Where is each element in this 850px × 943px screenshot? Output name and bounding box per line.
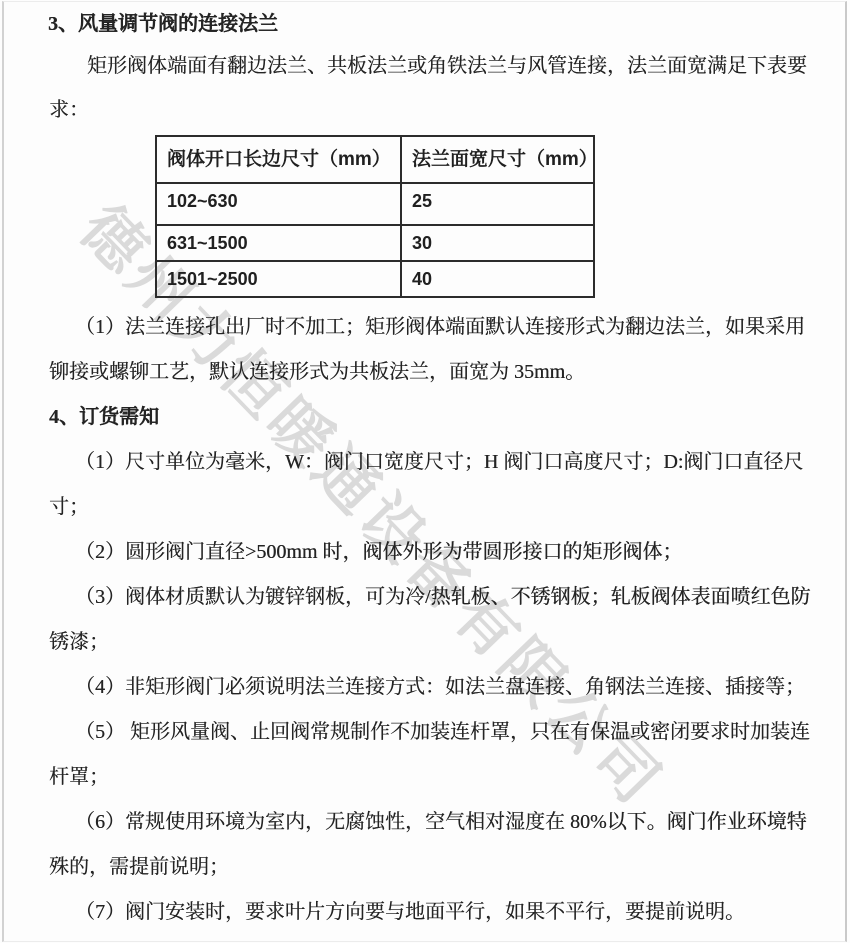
order-note-5-line2: 杆罩；: [49, 763, 109, 791]
order-note-2: （2）圆形阀门直径>500mm 时，阀体外形为带圆形接口的矩形阀体；: [75, 538, 682, 566]
order-note-5-line1: （5） 矩形风量阀、止回阀常规制作不加装连杆罩，只在有保温或密闭要求时加装连: [75, 718, 810, 746]
table-row: 1501~2500 40: [156, 261, 594, 297]
opening-size-value: 631~1500: [156, 225, 401, 261]
table-row: 631~1500 30: [156, 225, 594, 261]
document-page: 德州力恒暖通设备有限公司 3、风量调节阀的连接法兰 矩形阀体端面有翻边法兰、共板…: [0, 0, 850, 943]
section3-intro-line2: 求：: [49, 96, 89, 124]
order-note-1-line2: 寸；: [49, 493, 89, 521]
order-note-3-line2: 锈漆；: [49, 628, 109, 656]
section4-heading: 4、订货需知: [49, 403, 159, 431]
order-note-1-line1: （1）尺寸单位为毫米，W：阀门口宽度尺寸；H 阀门口高度尺寸；D:阀门口直径尺: [75, 448, 803, 476]
order-note-6-line2: 殊的，需提前说明；: [49, 853, 229, 881]
flange-width-value: 25: [401, 183, 594, 225]
opening-size-value: 1501~2500: [156, 261, 401, 297]
order-note-4: （4）非矩形阀门必须说明法兰连接方式：如法兰盘连接、角钢法兰连接、插接等；: [75, 673, 805, 701]
order-note-7: （7）阀门安装时，要求叶片方向要与地面平行，如果不平行，要提前说明。: [75, 898, 745, 926]
flange-width-value: 40: [401, 261, 594, 297]
table-row: 102~630 25: [156, 183, 594, 225]
section3-intro-line1: 矩形阀体端面有翻边法兰、共板法兰或角铁法兰与风管连接，法兰面宽满足下表要: [87, 52, 807, 80]
order-note-6-line1: （6）常规使用环境为室内，无腐蚀性，空气相对湿度在 80%以下。阀门作业环境特: [75, 808, 807, 836]
order-note-3-line1: （3）阀体材质默认为镀锌钢板，可为冷/热轧板、不锈钢板；轧板阀体表面喷红色防: [75, 583, 811, 611]
section3-note-line2: 铆接或螺铆工艺，默认连接形式为共板法兰，面宽为 35mm。: [49, 358, 585, 386]
flange-spec-table: 阀体开口长边尺寸（mm） 法兰面宽尺寸（mm） 102~630 25 631~1…: [155, 135, 595, 298]
col-header-flange-width: 法兰面宽尺寸（mm）: [401, 136, 594, 183]
col-header-opening-size: 阀体开口长边尺寸（mm）: [156, 136, 401, 183]
section3-note-line1: （1）法兰连接孔出厂时不加工；矩形阀体端面默认连接形式为翻边法兰，如果采用: [75, 313, 805, 341]
flange-width-value: 30: [401, 225, 594, 261]
opening-size-value: 102~630: [156, 183, 401, 225]
section3-heading: 3、风量调节阀的连接法兰: [48, 10, 278, 38]
table-header-row: 阀体开口长边尺寸（mm） 法兰面宽尺寸（mm）: [156, 136, 594, 183]
